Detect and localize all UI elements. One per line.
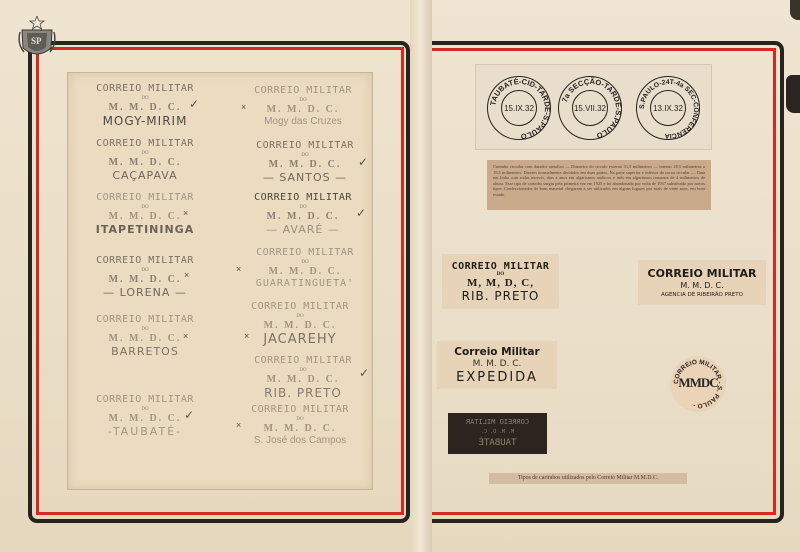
- coat-of-arms-icon: SP: [18, 16, 56, 60]
- stamp-impression: CORREIO MILITARDO M. M. D. C.ITAPETINING…: [70, 193, 220, 235]
- page-caption: Tipos de carimbos utilizados pelo Correi…: [489, 473, 687, 484]
- x-mark: ×: [241, 102, 246, 112]
- check-mark: ✓: [189, 97, 199, 111]
- stamp-impression: CORREIO MILITARDO M. M. D. C.-TAUBATÉ-: [70, 395, 220, 437]
- label-rib-preto: CORREIO MILITAR DO M, M, D, C, RIB. PRET…: [442, 254, 559, 309]
- torn-edge: [790, 0, 800, 20]
- svg-text:S.PAULO-24T-4a SEC-CONFERENCIA: S.PAULO-24T-4a SEC-CONFERENCIA: [639, 79, 699, 139]
- stamp-impression: CORREIO MILITARDO M. M. D. C.BARRETOS: [70, 315, 220, 357]
- x-mark: ×: [183, 208, 188, 218]
- stamp-impression: CORREIO MILITARDO M. M. D. C.GUARATINGUE…: [230, 248, 380, 289]
- svg-text:7a SECÇÃO-TARDE-S.PAULO: 7a SECÇÃO-TARDE-S.PAULO: [560, 77, 623, 140]
- stamp-impression: CORREIO MILITARDO M. M. D. C.CAÇAPAVA: [70, 139, 220, 181]
- postmark-conferencia: S.PAULO-24T-4a SEC-CONFERENCIA 13.IX.32: [636, 76, 700, 140]
- check-mark: ✓: [358, 155, 368, 169]
- postmark-ring-text: S.PAULO-24T-4a SEC-CONFERENCIA: [635, 75, 703, 143]
- x-mark: ×: [236, 420, 241, 430]
- check-mark: ✓: [356, 206, 366, 220]
- label-agencia-ribeirao-preto: CORREIO MILITAR M. M. D. C. AGENCIA DE R…: [638, 260, 766, 305]
- album-spread: SP CORREIO MILITARDO M. M. D. C.MOGY-MIR…: [0, 0, 800, 552]
- postmark-taubate: TAUBATÉ-CID-TARDE-S.PAULO 15.IX.32: [487, 76, 551, 140]
- stamp-impression: CORREIO MILITARDO M. M. D. C.RIB. PRETO: [228, 356, 378, 399]
- postmark-ring-text: 7a SECÇÃO-TARDE-S.PAULO: [557, 75, 625, 143]
- stamp-impression: CORREIO MILITARDO M. M. D. C.— LORENA —: [70, 256, 220, 298]
- svg-text:TAUBATÉ-CID-TARDE-S.PAULO: TAUBATÉ-CID-TARDE-S.PAULO: [488, 77, 552, 141]
- x-mark: ×: [244, 331, 249, 341]
- stamp-impression: CORREIO MILITARDO M. M. D. C.Mogy das Cr…: [228, 86, 378, 127]
- description-clipping: Carimbo circular com datador metalico — …: [487, 160, 711, 210]
- x-mark: ×: [183, 331, 188, 341]
- x-mark: ×: [236, 264, 241, 274]
- mmdc-seal: CORREIO MILITAR - S. PAULO - MMDC: [670, 356, 726, 412]
- stamp-impression: CORREIO MILITARDO M. M. D. C.S. José dos…: [225, 405, 375, 446]
- rubber-stamp-block: CORREIO MILITAR M. M. D. C. TAUBATÉ: [448, 413, 547, 454]
- postmark-7a-seccao: 7a SECÇÃO-TARDE-S.PAULO 15.VII.32: [558, 76, 622, 140]
- torn-edge: [786, 75, 800, 113]
- album-gutter: [410, 0, 432, 552]
- x-mark: ×: [184, 270, 189, 280]
- check-mark: ✓: [359, 366, 369, 380]
- label-expedida: Correio Militar M. M. D. C. EXPEDIDA: [437, 341, 557, 389]
- check-mark: ✓: [184, 408, 194, 422]
- postmark-ring-text: TAUBATÉ-CID-TARDE-S.PAULO: [486, 75, 554, 143]
- svg-text:SP: SP: [31, 36, 42, 46]
